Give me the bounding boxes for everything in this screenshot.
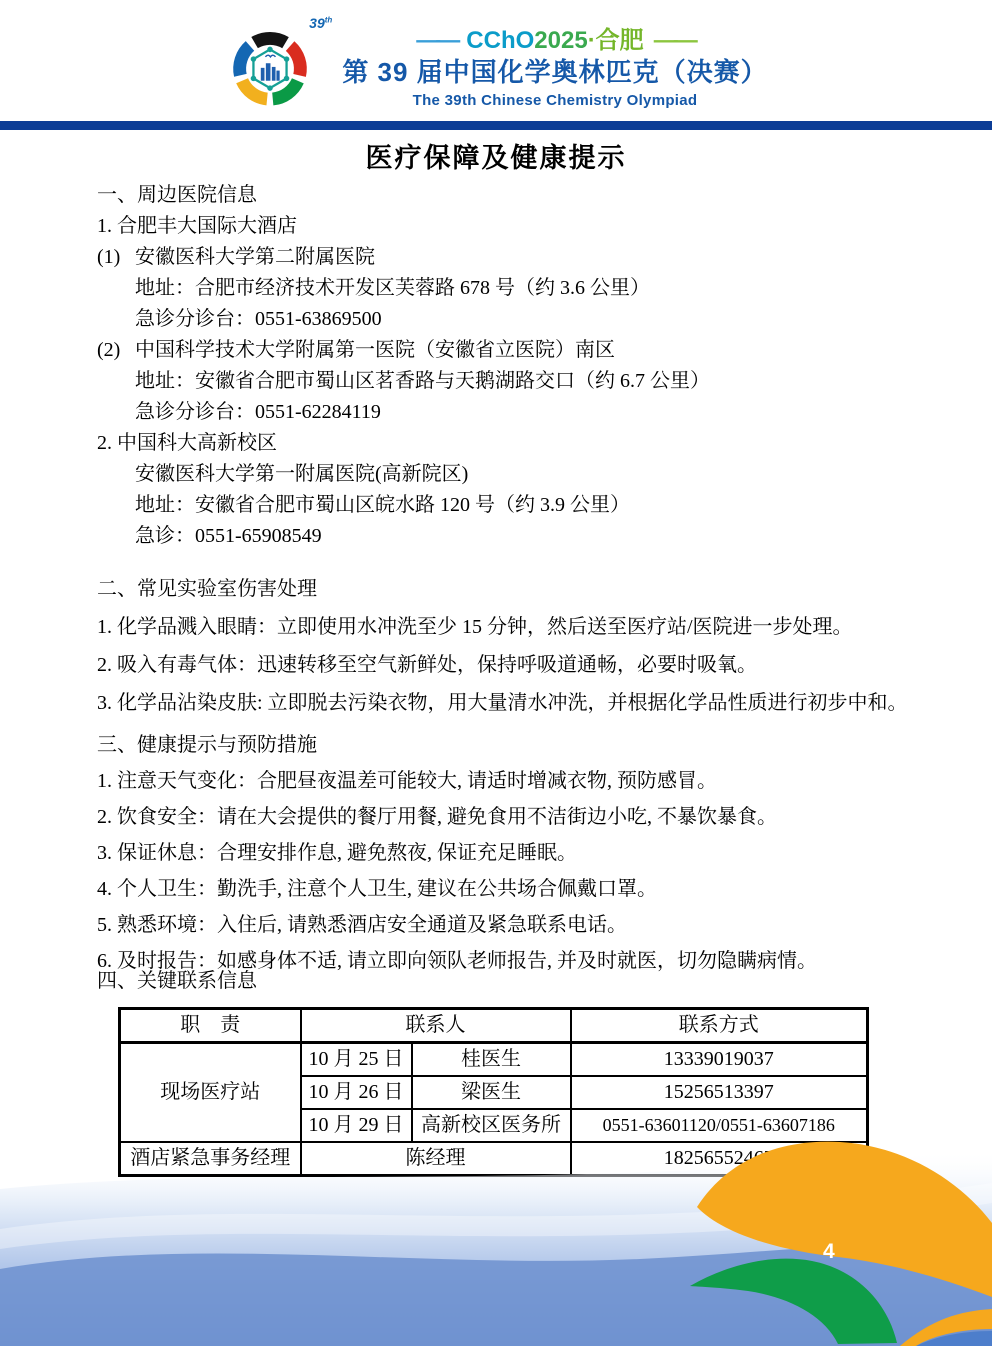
- banner-ccho: CChO: [466, 27, 534, 54]
- ccho-flower-logo-icon: [224, 20, 316, 112]
- badge-ordinal: th: [325, 15, 333, 24]
- station-phone-cell: 15256513397: [571, 1076, 868, 1109]
- banner-text-block: —— CChO2025·合肥 —— 第 39 届中国化学奥林匹克（决赛） The…: [342, 10, 767, 109]
- page-header: 39th —— CChO2025·合肥 —— 第 39 届中国化学奥林匹克（决赛…: [0, 10, 992, 114]
- station-phone-cell: 13339019037: [571, 1043, 868, 1077]
- health-tip-item: 4. 个人卫生：勤洗手, 注意个人卫生, 建议在公共场合佩戴口罩。: [97, 871, 919, 907]
- hospital2-name-line: (2) 中国科学技术大学附属第一医院（安徽省立医院）南区: [97, 335, 919, 366]
- col-header-role: 职 责: [120, 1009, 301, 1043]
- hospital3-address: 地址：安徽省合肥市蜀山区皖水路 120 号（约 3.9 公里）: [97, 490, 919, 521]
- banner-title-cn: 第 39 届中国化学奥林匹克（决赛）: [342, 58, 767, 88]
- banner-line1: —— CChO2025·合肥 ——: [342, 28, 767, 54]
- section1-heading: 一、周边医院信息: [97, 180, 919, 211]
- health-tip-item: 2. 饮食安全：请在大会提供的餐厅用餐, 避免食用不洁街边小吃, 不暴饮暴食。: [97, 799, 919, 835]
- health-tip-item: 3. 保证休息：合理安排作息, 避免熬夜, 保证充足睡眠。: [97, 835, 919, 871]
- hotel-line: 1. 合肥丰大国际大酒店: [97, 211, 919, 242]
- badge-number: 39: [309, 15, 325, 31]
- col-header-method: 联系方式: [571, 1009, 868, 1043]
- health-tip-item: 1. 注意天气变化：合肥昼夜温差可能较大, 请适时增减衣物, 预防感冒。: [97, 763, 919, 799]
- station-date-cell: 10 月 26 日: [301, 1076, 412, 1109]
- hospital2-phone: 急诊分诊台：0551-62284119: [97, 397, 919, 428]
- health-tip-item: 5. 熟悉环境：入住后, 请熟悉酒店安全通道及紧急联系电话。: [97, 907, 919, 943]
- page-title: 医疗保障及健康提示: [0, 136, 992, 175]
- banner-title-en: The 39th Chinese Chemistry Olympiad: [342, 92, 767, 109]
- section4-heading: 四、关键联系信息: [97, 966, 919, 997]
- lab-injury-item: 2. 吸入有毒气体：迅速转移至空气新鲜处，保持呼吸道通畅，必要时吸氧。: [97, 646, 919, 684]
- hospital1-address: 地址：合肥市经济技术开发区芙蓉路 678 号（约 3.6 公里）: [97, 273, 919, 304]
- page-number: 4: [823, 1240, 835, 1264]
- station-date-cell: 10 月 25 日: [301, 1043, 412, 1077]
- header-divider: [0, 121, 992, 130]
- hospital1-name-line: (1) 安徽医科大学第二附属医院: [97, 242, 919, 273]
- banner-dash-left: ——: [416, 29, 456, 53]
- section2-heading: 二、常见实验室伤害处理: [97, 570, 919, 608]
- banner-city: ·合肥: [588, 27, 644, 54]
- lab-injury-item: 3. 化学品沾染皮肤: 立即脱去污染衣物，用大量清水冲洗，并根据化学品性质进行初…: [97, 684, 919, 722]
- table-header-row: 职 责 联系人 联系方式: [120, 1009, 868, 1043]
- footer-waves: [0, 1111, 992, 1346]
- hospital1-name: 安徽医科大学第二附属医院: [135, 242, 375, 273]
- station-contact-cell: 桂医生: [412, 1043, 571, 1077]
- hospital3-phone: 急诊：0551-65908549: [97, 521, 919, 552]
- hospital3-name: 安徽医科大学第一附属医院(高新院区): [97, 459, 919, 490]
- document-page: 39th —— CChO2025·合肥 —— 第 39 届中国化学奥林匹克（决赛…: [0, 0, 992, 1346]
- hospital2-label: (2): [97, 335, 135, 366]
- banner-dash-right: ——: [654, 29, 694, 53]
- hospital1-label: (1): [97, 242, 135, 273]
- hospital1-phone: 急诊分诊台：0551-63869500: [97, 304, 919, 335]
- section-lab-injuries: 二、常见实验室伤害处理 1. 化学品溅入眼睛：立即使用水冲洗至少 15 分钟，然…: [97, 570, 919, 722]
- section-nearby-hospitals: 一、周边医院信息 1. 合肥丰大国际大酒店 (1) 安徽医科大学第二附属医院 地…: [97, 180, 919, 552]
- campus-line: 2. 中国科大高新校区: [97, 428, 919, 459]
- section3-heading: 三、健康提示与预防措施: [97, 727, 919, 763]
- station-contact-cell: 梁医生: [412, 1076, 571, 1109]
- banner-year: 2025: [534, 27, 587, 54]
- banner-event-code: CChO2025·合肥: [466, 28, 643, 54]
- table-row: 现场医疗站 10 月 25 日 桂医生 13339019037: [120, 1043, 868, 1077]
- lab-injury-item: 1. 化学品溅入眼睛：立即使用水冲洗至少 15 分钟，然后送至医疗站/医院进一步…: [97, 608, 919, 646]
- section-health-tips: 三、健康提示与预防措施 1. 注意天气变化：合肥昼夜温差可能较大, 请适时增减衣…: [97, 727, 919, 979]
- col-header-contact: 联系人: [301, 1009, 571, 1043]
- hospital2-name: 中国科学技术大学附属第一医院（安徽省立医院）南区: [135, 335, 615, 366]
- hospital2-address: 地址：安徽省合肥市蜀山区茗香路与天鹅湖路交口（约 6.7 公里）: [97, 366, 919, 397]
- ccho-logo: 39th: [224, 10, 324, 114]
- logo-39th-badge: 39th: [309, 16, 332, 30]
